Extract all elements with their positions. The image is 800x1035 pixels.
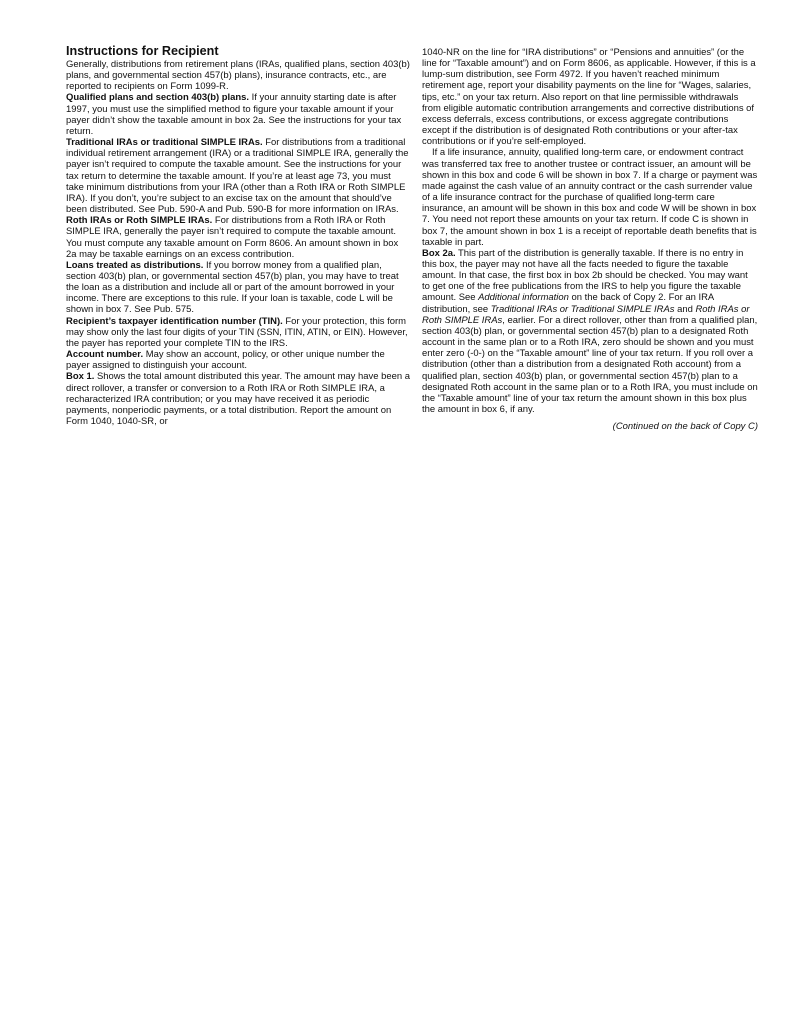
section-text: Shows the total amount distributed this …: [66, 371, 410, 427]
right-column: 1040-NR on the line for “IRA distributio…: [422, 47, 758, 432]
tin-section: Recipient’s taxpayer identification numb…: [66, 316, 410, 349]
section-heading: Qualified plans and section 403(b) plans…: [66, 92, 249, 103]
section-heading: Roth IRAs or Roth SIMPLE IRAs.: [66, 215, 212, 226]
cross-reference: Additional information: [478, 292, 569, 303]
account-number-section: Account number. May show an account, pol…: [66, 349, 410, 371]
box2a-section: Box 2a. This part of the distribution is…: [422, 248, 758, 415]
qualified-plans-section: Qualified plans and section 403(b) plans…: [66, 92, 410, 137]
left-column: Instructions for Recipient Generally, di…: [66, 44, 410, 427]
section-text: For distributions from a traditional ind…: [66, 137, 409, 215]
box1-continued-paragraph: 1040-NR on the line for “IRA distributio…: [422, 47, 758, 147]
continued-note: (Continued on the back of Copy C): [422, 421, 758, 432]
loans-section: Loans treated as distributions. If you b…: [66, 260, 410, 316]
section-heading: Loans treated as distributions.: [66, 260, 203, 271]
section-heading: Account number.: [66, 349, 143, 360]
cross-reference: Traditional IRAs or Traditional SIMPLE I…: [491, 304, 675, 315]
section-heading: Recipient’s taxpayer identification numb…: [66, 316, 283, 327]
section-heading: Box 1.: [66, 371, 94, 382]
box1-section: Box 1. Shows the total amount distribute…: [66, 371, 410, 427]
life-insurance-paragraph: If a life insurance, annuity, qualified …: [422, 147, 758, 247]
section-text: and: [674, 304, 695, 315]
intro-paragraph: Generally, distributions from retirement…: [66, 59, 410, 92]
section-text: , earlier. For a direct rollover, other …: [422, 315, 758, 415]
page-title: Instructions for Recipient: [66, 44, 410, 58]
roth-iras-section: Roth IRAs or Roth SIMPLE IRAs. For distr…: [66, 215, 410, 260]
section-heading: Traditional IRAs or traditional SIMPLE I…: [66, 137, 263, 148]
section-heading: Box 2a.: [422, 248, 456, 259]
traditional-iras-section: Traditional IRAs or traditional SIMPLE I…: [66, 137, 410, 215]
